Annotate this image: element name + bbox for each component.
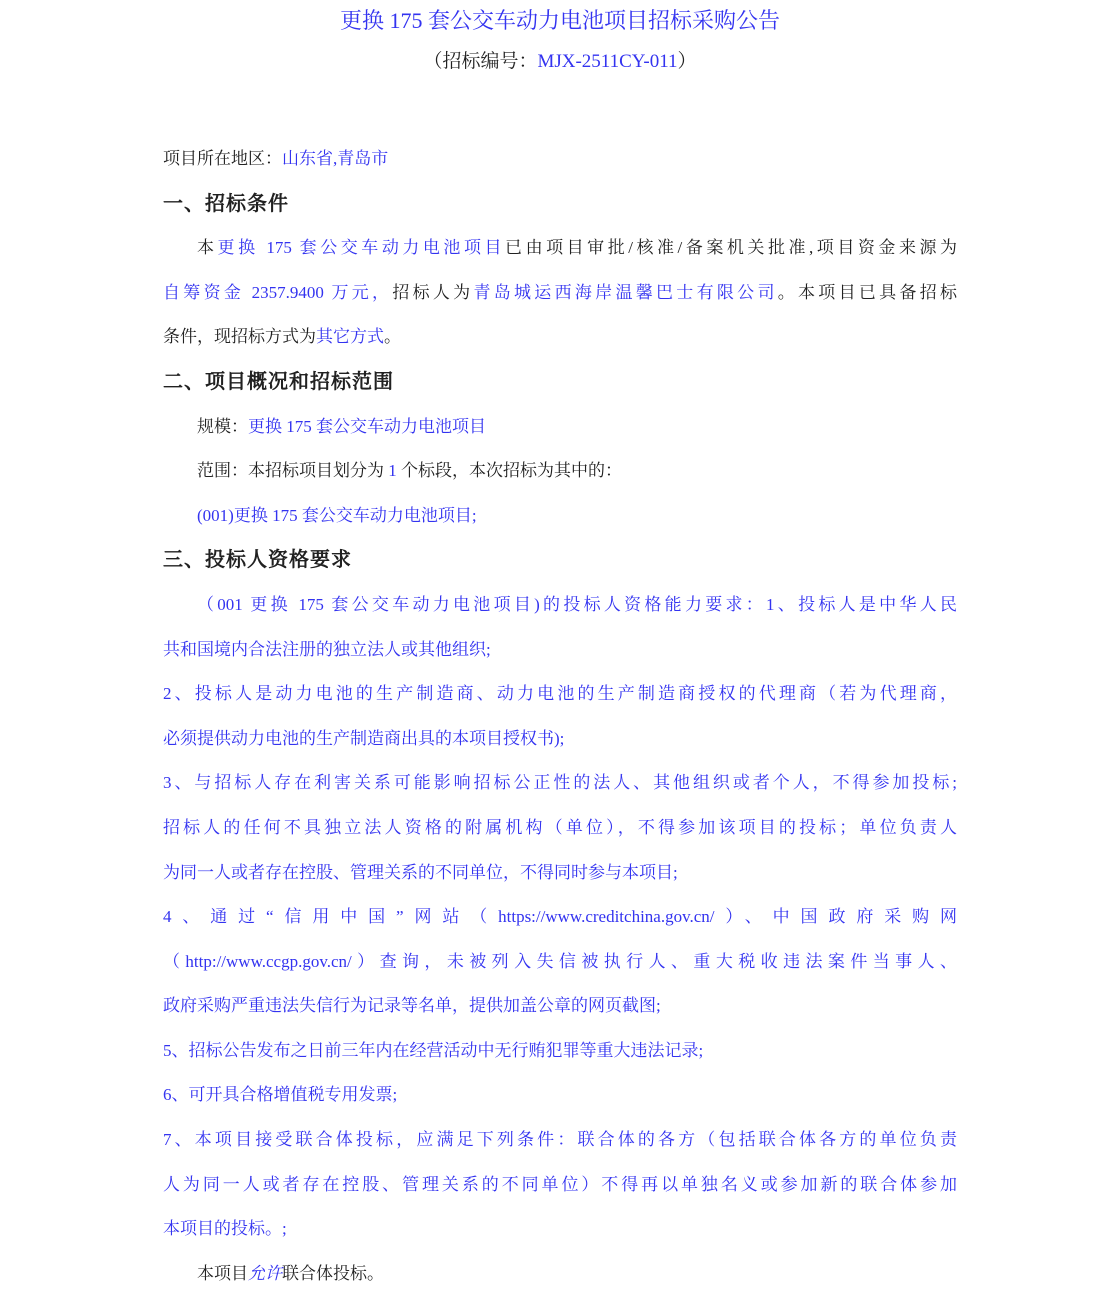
section3-heading: 三、投标人资格要求 bbox=[163, 538, 957, 583]
qualification-line: 6、可开具合格增值税专用发票; bbox=[163, 1073, 957, 1118]
qualification-line: 招标人的任何不具独立法人资格的附属机构（单位），不得参加该项目的投标；单位负责人 bbox=[163, 806, 957, 851]
qualification-line: （001 更换 175 套公交车动力电池项目)的投标人资格能力要求：1、投标人是… bbox=[163, 583, 957, 628]
section1-paragraph-line2: 自筹资金 2357.9400 万元，招标人为青岛城运西海岸温馨巴士有限公司。本项… bbox=[163, 271, 957, 316]
text-run: 。本项目已具备招标 bbox=[778, 283, 957, 302]
qualification-line: 必须提供动力电池的生产制造商出具的本项目授权书); bbox=[163, 717, 957, 762]
text-run: 范围：本招标项目划分为 bbox=[197, 461, 388, 480]
section2-heading: 二、项目概况和招标范围 bbox=[163, 360, 957, 405]
tender-reference: （招标编号：MJX-2511CY-011） bbox=[163, 49, 957, 74]
qualification-line: 共和国境内合法注册的独立法人或其他组织; bbox=[163, 628, 957, 673]
section1-paragraph-line1: 本更换 175 套公交车动力电池项目已由项目审批/核准/备案机关批准,项目资金来… bbox=[163, 226, 957, 271]
scope-line: 范围：本招标项目划分为 1 个标段，本次招标为其中的： bbox=[163, 449, 957, 494]
section1-heading: 一、招标条件 bbox=[163, 182, 957, 227]
text-run: 条件，现招标方式为 bbox=[163, 327, 316, 346]
text-run: 本 bbox=[197, 238, 218, 257]
qualification-line: 2、投标人是动力电池的生产制造商、动力电池的生产制造商授权的代理商（若为代理商， bbox=[163, 672, 957, 717]
qualification-line: 本项目的投标。; bbox=[163, 1207, 957, 1252]
document-page: 更换 175 套公交车动力电池项目招标采购公告 （招标编号：MJX-2511CY… bbox=[0, 0, 1113, 1290]
project-location-line: 项目所在地区：山东省,青岛市 bbox=[163, 137, 957, 182]
document-title: 更换 175 套公交车动力电池项目招标采购公告 bbox=[163, 0, 957, 34]
text-run: 本项目 bbox=[197, 1264, 248, 1283]
section1-paragraph-line3: 条件，现招标方式为其它方式。 bbox=[163, 315, 957, 360]
tender-method-value: 其它方式 bbox=[316, 327, 384, 346]
lot-line: (001)更换 175 套公交车动力电池项目; bbox=[163, 494, 957, 539]
consortium-allowed-value: 允许 bbox=[248, 1264, 282, 1283]
text-run: 个标段，本次招标为其中的： bbox=[397, 461, 622, 480]
tender-reference-prefix: （招标编号： bbox=[423, 51, 537, 72]
location-value: 山东省,青岛市 bbox=[282, 149, 388, 168]
consortium-closing-line: 本项目允许联合体投标。 bbox=[163, 1252, 957, 1290]
qualification-line: 人为同一人或者存在控股、管理关系的不同单位）不得再以单独名义或参加新的联合体参加 bbox=[163, 1163, 957, 1208]
project-name-value: 更换 175 套公交车动力电池项目 bbox=[218, 238, 505, 257]
funding-value: 自筹资金 2357.9400 万元， bbox=[163, 283, 392, 302]
lot-count-value: 1 bbox=[388, 461, 397, 480]
qualification-line: 3、与招标人存在利害关系可能影响招标公正性的法人、其他组织或者个人，不得参加投标… bbox=[163, 761, 957, 806]
scale-line: 规模：更换 175 套公交车动力电池项目 bbox=[163, 405, 957, 450]
text-run: 招标人为 bbox=[392, 283, 473, 302]
scale-value: 更换 175 套公交车动力电池项目 bbox=[248, 417, 486, 436]
qualification-line: 4、通过“信用中国”网站（https://www.creditchina.gov… bbox=[163, 895, 957, 940]
location-label: 项目所在地区： bbox=[163, 149, 282, 168]
qualification-line: 为同一人或者存在控股、管理关系的不同单位，不得同时参与本项目; bbox=[163, 851, 957, 896]
text-run: 联合体投标。 bbox=[282, 1264, 384, 1283]
tender-reference-suffix: ） bbox=[678, 51, 697, 72]
qualification-line: 7、本项目接受联合体投标，应满足下列条件：联合体的各方（包括联合体各方的单位负责 bbox=[163, 1118, 957, 1163]
scale-label: 规模： bbox=[197, 417, 248, 436]
text-run: 已由项目审批/核准/备案机关批准,项目资金来源为 bbox=[505, 238, 957, 257]
qualification-line: 5、招标公告发布之日前三年内在经营活动中无行贿犯罪等重大违法记录; bbox=[163, 1029, 957, 1074]
text-run: 。 bbox=[384, 327, 401, 346]
document-body: 项目所在地区：山东省,青岛市 一、招标条件 本更换 175 套公交车动力电池项目… bbox=[163, 137, 957, 1290]
qualification-line: 政府采购严重违法失信行为记录等名单，提供加盖公章的网页截图; bbox=[163, 984, 957, 1029]
qualification-line: （http://www.ccgp.gov.cn/）查询，未被列入失信被执行人、重… bbox=[163, 940, 957, 985]
tender-reference-number: MJX-2511CY-011 bbox=[537, 51, 677, 72]
tenderee-name-value: 青岛城运西海岸温馨巴士有限公司 bbox=[473, 283, 777, 302]
